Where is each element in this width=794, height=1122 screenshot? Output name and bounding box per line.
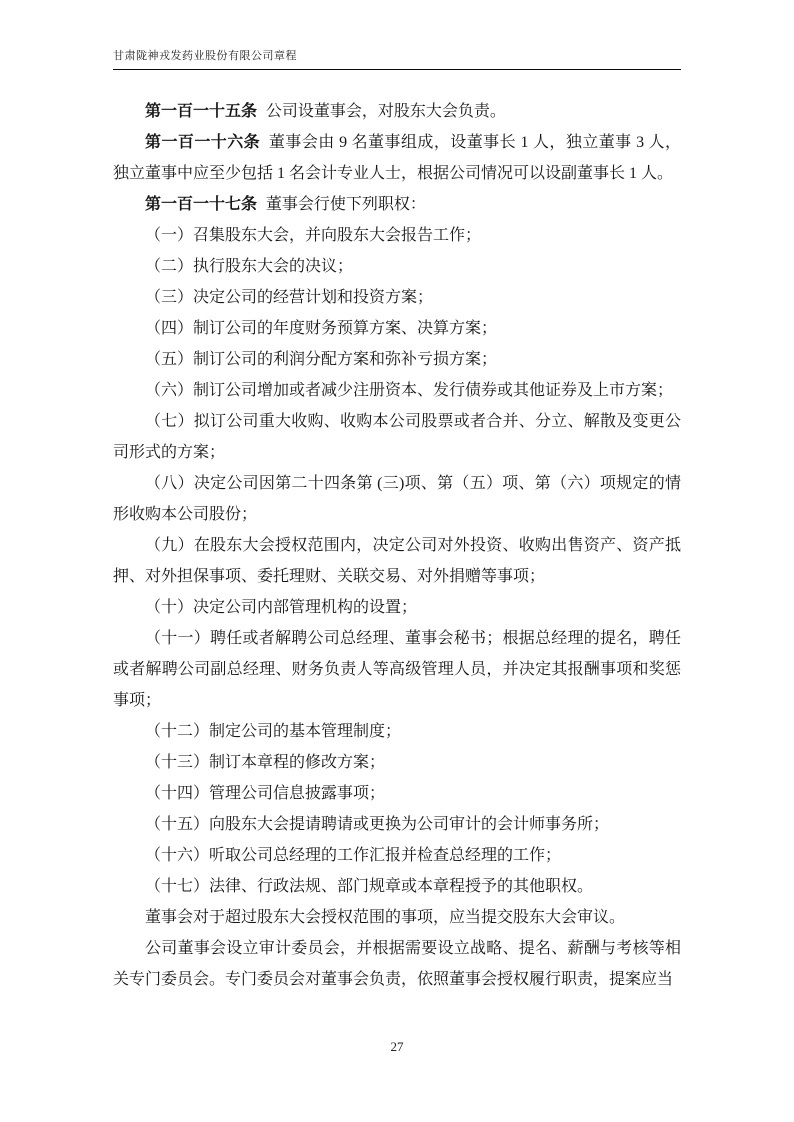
- article-number: 第一百一十五条: [145, 103, 257, 120]
- paragraph: （六）制订公司增加或者减少注册资本、发行债券或其他证券及上市方案；: [113, 375, 681, 406]
- paragraph-text: （十三）制订本章程的修改方案；: [145, 754, 385, 771]
- paragraph-text: （五）制订公司的利润分配方案和弥补亏损方案；: [145, 351, 497, 368]
- paragraph: （九）在股东大会授权范围内，决定公司对外投资、收购出售资产、资产抵押、对外担保事…: [113, 530, 681, 592]
- article-number: 第一百一十六条: [145, 134, 260, 151]
- paragraph-text: （二）执行股东大会的决议；: [145, 258, 353, 275]
- paragraph: （一）召集股东大会，并向股东大会报告工作；: [113, 220, 681, 251]
- paragraph: 公司董事会设立审计委员会，并根据需要设立战略、提名、薪酬与考核等相关专门委员会。…: [113, 933, 681, 995]
- paragraph: （十六）听取公司总经理的工作汇报并检查总经理的工作；: [113, 840, 681, 871]
- paragraph-text: （十七）法律、行政法规、部门规章或本章程授予的其他职权。: [145, 878, 593, 895]
- paragraph: （七）拟订公司重大收购、收购本公司股票或者合并、分立、解散及变更公司形式的方案；: [113, 406, 681, 468]
- paragraph: （十）决定公司内部管理机构的设置；: [113, 592, 681, 623]
- paragraph-text: （十二）制定公司的基本管理制度；: [145, 723, 401, 740]
- paragraph: 第一百一十七条董事会行使下列职权：: [113, 189, 681, 220]
- paragraph: （十五）向股东大会提请聘请或更换为公司审计的会计师事务所；: [113, 809, 681, 840]
- paragraph-text: （十四）管理公司信息披露事项；: [145, 785, 385, 802]
- paragraph: （十七）法律、行政法规、部门规章或本章程授予的其他职权。: [113, 871, 681, 902]
- paragraph: （四）制订公司的年度财务预算方案、决算方案；: [113, 313, 681, 344]
- paragraph: 第一百一十六条董事会由 9 名董事组成，设董事长 1 人，独立董事 3 人，独立…: [113, 127, 681, 189]
- paragraph-text: （十）决定公司内部管理机构的设置；: [145, 599, 417, 616]
- document-body: 第一百一十五条公司设董事会，对股东大会负责。 第一百一十六条董事会由 9 名董事…: [113, 96, 681, 995]
- paragraph-text: （八）决定公司因第二十四条第 (三)项、第（五）项、第（六）项规定的情形收购本公…: [113, 475, 681, 523]
- paragraph-text: （九）在股东大会授权范围内，决定公司对外投资、收购出售资产、资产抵押、对外担保事…: [113, 537, 681, 585]
- paragraph: （十一）聘任或者解聘公司总经理、董事会秘书；根据总经理的提名，聘任或者解聘公司副…: [113, 623, 681, 716]
- page-header: 甘肃陇神戎发药业股份有限公司章程: [113, 47, 681, 70]
- paragraph: 第一百一十五条公司设董事会，对股东大会负责。: [113, 96, 681, 127]
- paragraph-text: 董事会对于超过股东大会授权范围的事项，应当提交股东大会审议。: [145, 909, 625, 926]
- page-number: 27: [391, 1039, 404, 1054]
- paragraph-text: （三）决定公司的经营计划和投资方案；: [145, 289, 433, 306]
- header-title: 甘肃陇神戎发药业股份有限公司章程: [113, 47, 681, 69]
- article-number: 第一百一十七条: [145, 196, 257, 213]
- paragraph-text: （七）拟订公司重大收购、收购本公司股票或者合并、分立、解散及变更公司形式的方案；: [113, 413, 681, 461]
- paragraph: （十四）管理公司信息披露事项；: [113, 778, 681, 809]
- paragraph: （十三）制订本章程的修改方案；: [113, 747, 681, 778]
- paragraph-text: （六）制订公司增加或者减少注册资本、发行债券或其他证券及上市方案；: [145, 382, 673, 399]
- paragraph-text: 公司设董事会，对股东大会负责。: [266, 103, 506, 120]
- paragraph: （二）执行股东大会的决议；: [113, 251, 681, 282]
- paragraph-text: （四）制订公司的年度财务预算方案、决算方案；: [145, 320, 497, 337]
- paragraph: （十二）制定公司的基本管理制度；: [113, 716, 681, 747]
- header-rule: [113, 69, 681, 70]
- paragraph: （五）制订公司的利润分配方案和弥补亏损方案；: [113, 344, 681, 375]
- paragraph: 董事会对于超过股东大会授权范围的事项，应当提交股东大会审议。: [113, 902, 681, 933]
- paragraph: （八）决定公司因第二十四条第 (三)项、第（五）项、第（六）项规定的情形收购本公…: [113, 468, 681, 530]
- document-page: 甘肃陇神戎发药业股份有限公司章程 第一百一十五条公司设董事会，对股东大会负责。 …: [0, 0, 794, 1122]
- paragraph-text: （十五）向股东大会提请聘请或更换为公司审计的会计师事务所；: [145, 816, 609, 833]
- page-footer: 27: [0, 1038, 794, 1056]
- paragraph: （三）决定公司的经营计划和投资方案；: [113, 282, 681, 313]
- paragraph-text: （十一）聘任或者解聘公司总经理、董事会秘书；根据总经理的提名，聘任或者解聘公司副…: [113, 630, 681, 709]
- paragraph-text: 董事会行使下列职权：: [266, 196, 426, 213]
- paragraph-text: 公司董事会设立审计委员会，并根据需要设立战略、提名、薪酬与考核等相关专门委员会。…: [113, 940, 681, 988]
- paragraph-text: （十六）听取公司总经理的工作汇报并检查总经理的工作；: [145, 847, 561, 864]
- paragraph-text: （一）召集股东大会，并向股东大会报告工作；: [145, 227, 481, 244]
